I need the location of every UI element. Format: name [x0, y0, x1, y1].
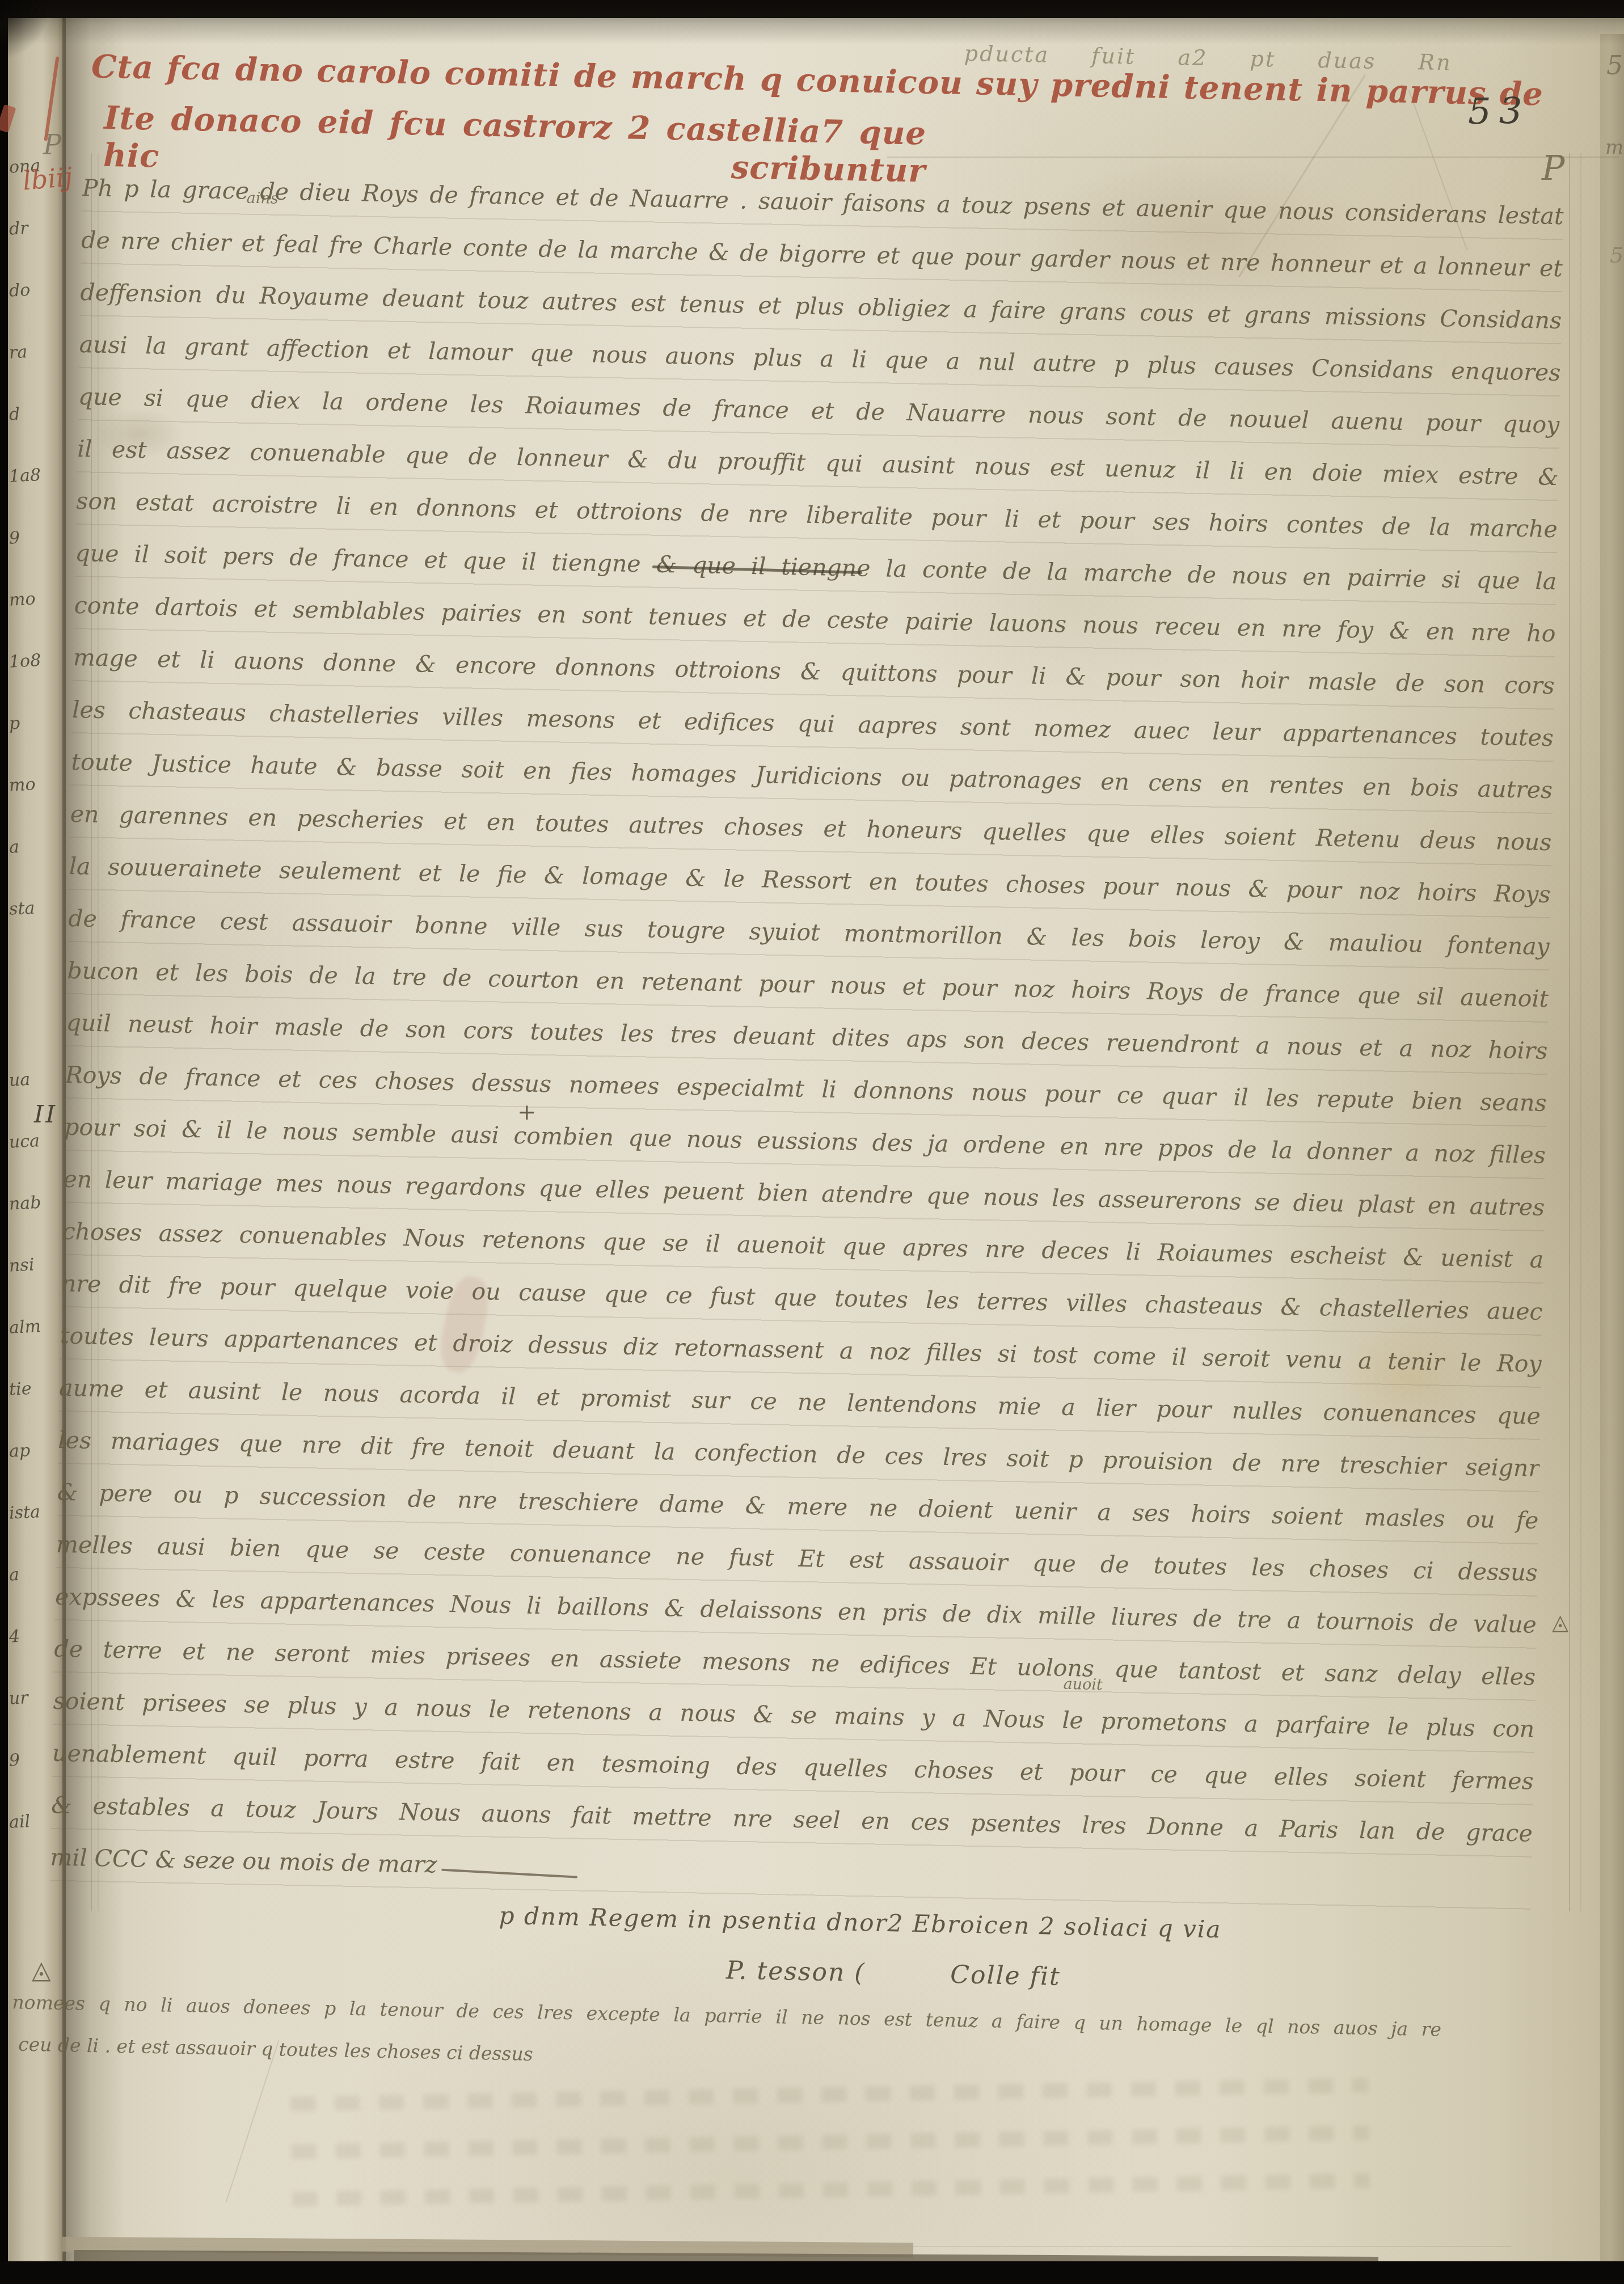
- gutter-fragment: p: [9, 712, 49, 734]
- gutter-fragment: dr: [9, 217, 49, 239]
- paraph-mark-right: P: [1542, 149, 1564, 188]
- gutter-fragment: 9: [9, 1749, 49, 1771]
- charter-text-block: Ph p la grace de dieu Roys de france et …: [50, 162, 1564, 1914]
- next-folio-edge: [1600, 34, 1624, 2279]
- scan-background-bottom: [0, 2261, 1624, 2284]
- gutter-fragment: 4: [9, 1625, 49, 1647]
- gutter-fragment: ua: [9, 1069, 49, 1091]
- margin-double-stroke: II: [34, 1100, 57, 1128]
- gutter-fragment: ail: [9, 1810, 49, 1833]
- insertion-cross-mark: +: [517, 1099, 537, 1125]
- footnote-line: nomees q no li auos donees p la tenour d…: [12, 1991, 1441, 2040]
- gutter-fragment: ap: [9, 1439, 49, 1462]
- red-margin-note: lbiij: [22, 161, 74, 196]
- gutter-fragment: ista: [9, 1501, 49, 1523]
- paraph-mark-left: P: [43, 129, 61, 161]
- next-folio-number-peek: 5: [1606, 50, 1623, 81]
- gutter-fragment: a: [9, 835, 49, 858]
- gutter-fragment: nsi: [9, 1254, 49, 1276]
- manuscript-scan: ona dr do ra d 1a8 9 mo 1o8 p mo a sta u…: [0, 0, 1624, 2284]
- gutter-fragment: mo: [9, 774, 49, 796]
- scan-corner-shadow: [0, 0, 68, 85]
- ruling-vertical-right-outer: [1580, 153, 1581, 1911]
- gutter-fragment: tie: [9, 1378, 49, 1400]
- gutter-fragment: do: [9, 279, 49, 301]
- next-folio-mark-peek: m: [1605, 136, 1623, 159]
- folio-number: 53: [1468, 91, 1530, 133]
- gutter-fragment: 1o8: [9, 650, 49, 672]
- gutter-fragment: ra: [9, 341, 49, 363]
- gutter-fragment: 9: [9, 526, 49, 548]
- gutter-text-fragments-top: ona dr do ra d 1a8 9 mo 1o8 p mo a sta: [9, 157, 49, 918]
- next-folio-mark-peek: 5: [1610, 243, 1623, 268]
- gutter-fragment: d: [9, 403, 49, 425]
- gutter-fragment: nab: [9, 1192, 49, 1214]
- footnote-line: ceu de li . et est assauoir q toutes les…: [18, 2033, 699, 2068]
- gutter-fragment: a: [9, 1563, 49, 1585]
- gutter-fragment: alm: [9, 1316, 49, 1338]
- gutter-text-fragments-bottom: ua uca nab nsi alm tie ap ista a 4 ur 9 …: [9, 1070, 49, 1831]
- gutter-fragment: uca: [9, 1130, 49, 1152]
- gutter-fragment: 1a8: [9, 465, 49, 487]
- insertion-siglum-icon: ◬: [1552, 1610, 1568, 1635]
- collation-note: Colle fit: [950, 1960, 1061, 1991]
- notary-signature: P. tesson (Colle fit: [552, 1953, 1234, 1995]
- gutter-fragment: ur: [9, 1687, 49, 1709]
- page-top-shadow: [0, 0, 1624, 44]
- gutter-fragment: mo: [9, 588, 49, 610]
- written-content: pducta fuit a2 pt duas Rn Cta fca dno ca…: [39, 40, 1583, 2167]
- notary-name: P. tesson (: [725, 1956, 865, 1988]
- gutter-fragment: sta: [9, 897, 49, 919]
- insertion-siglum-icon: ◬: [32, 1956, 51, 1985]
